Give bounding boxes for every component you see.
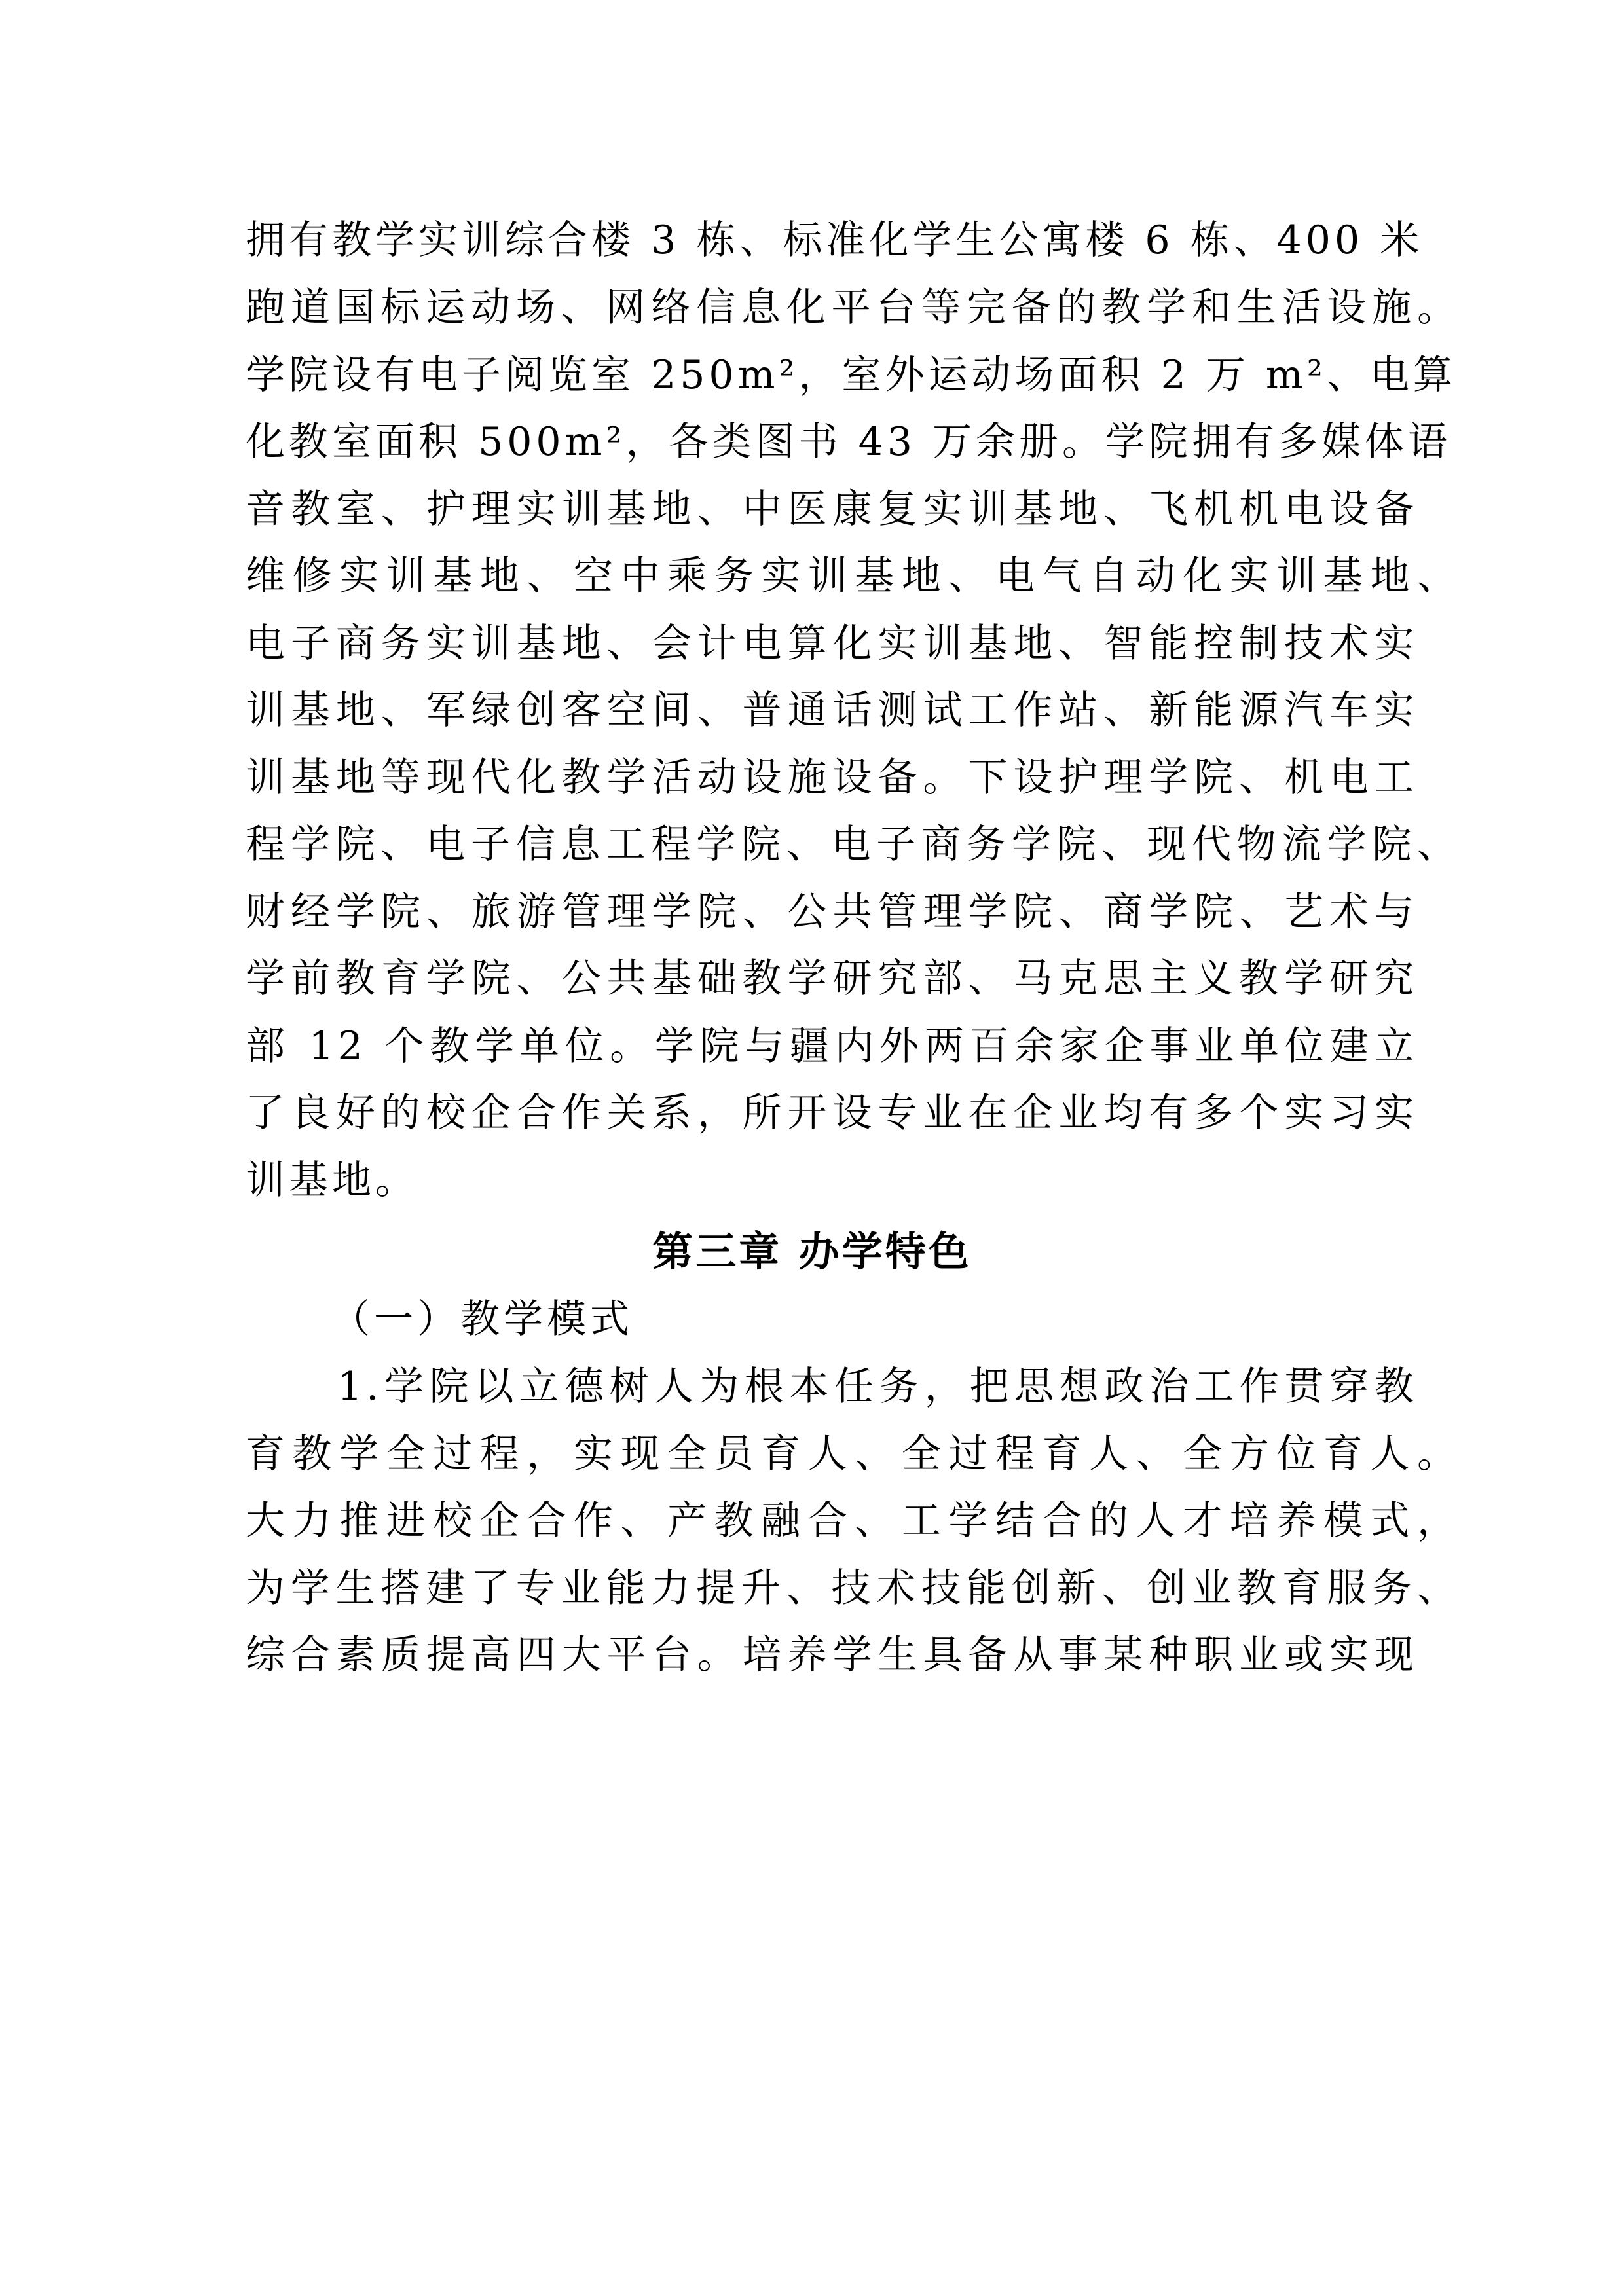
text-line: 财经学院、旅游管理学院、公共管理学院、商学院、艺术与: [246, 886, 1418, 938]
text-line: 电子商务实训基地、会计电算化实训基地、智能控制技术实: [246, 617, 1418, 670]
text-line: 程学院、电子信息工程学院、电子商务学院、现代物流学院、: [246, 818, 1460, 871]
text-line: 跑道国标运动场、网络信息化平台等完备的教学和生活设施。: [246, 282, 1460, 334]
text-line: 综合素质提高四大平台。培养学生具备从事某种职业或实现: [246, 1629, 1418, 1681]
text-line: 学院设有电子阅览室 250m²，室外运动场面积 2 万 m²、电算: [246, 349, 1418, 401]
text-line: 1.学院以立德树人为根本任务，把思想政治工作贯穿教: [337, 1360, 1418, 1413]
text-line: 了良好的校企合作关系，所开设专业在企业均有多个实习实: [246, 1087, 1418, 1139]
text-line: 部 12 个教学单位。学院与疆内外两百余家企事业单位建立: [246, 1020, 1418, 1072]
text-line: 大力推进校企合作、产教融合、工学结合的人才培养模式，: [246, 1495, 1460, 1547]
document-page: 拥有教学实训综合楼 3 栋、标准化学生公寓楼 6 栋、400 米 跑道国标运动场…: [0, 0, 1624, 2296]
text-line: 化教室面积 500m²，各类图书 43 万余册。学院拥有多媒体语: [246, 416, 1418, 468]
text-line: 学前教育学院、公共基础教学研究部、马克思主义教学研究: [246, 953, 1418, 1005]
chapter-heading: 第三章 办学特色: [0, 1226, 1624, 1278]
text-line: 维修实训基地、空中乘务实训基地、电气自动化实训基地、: [246, 550, 1460, 602]
section-heading: （一）教学模式: [331, 1293, 633, 1345]
text-line: 音教室、护理实训基地、中医康复实训基地、飞机机电设备: [246, 483, 1418, 536]
text-line: 拥有教学实训综合楼 3 栋、标准化学生公寓楼 6 栋、400 米: [246, 214, 1418, 266]
text-line: 训基地等现代化教学活动设施设备。下设护理学院、机电工: [246, 752, 1418, 804]
text-line: 为学生搭建了专业能力提升、技术技能创新、创业教育服务、: [246, 1562, 1460, 1614]
text-line: 育教学全过程，实现全员育人、全过程育人、全方位育人。: [246, 1428, 1460, 1480]
text-line: 训基地。: [246, 1154, 1418, 1207]
text-line: 训基地、军绿创客空间、普通话测试工作站、新能源汽车实: [246, 684, 1418, 737]
